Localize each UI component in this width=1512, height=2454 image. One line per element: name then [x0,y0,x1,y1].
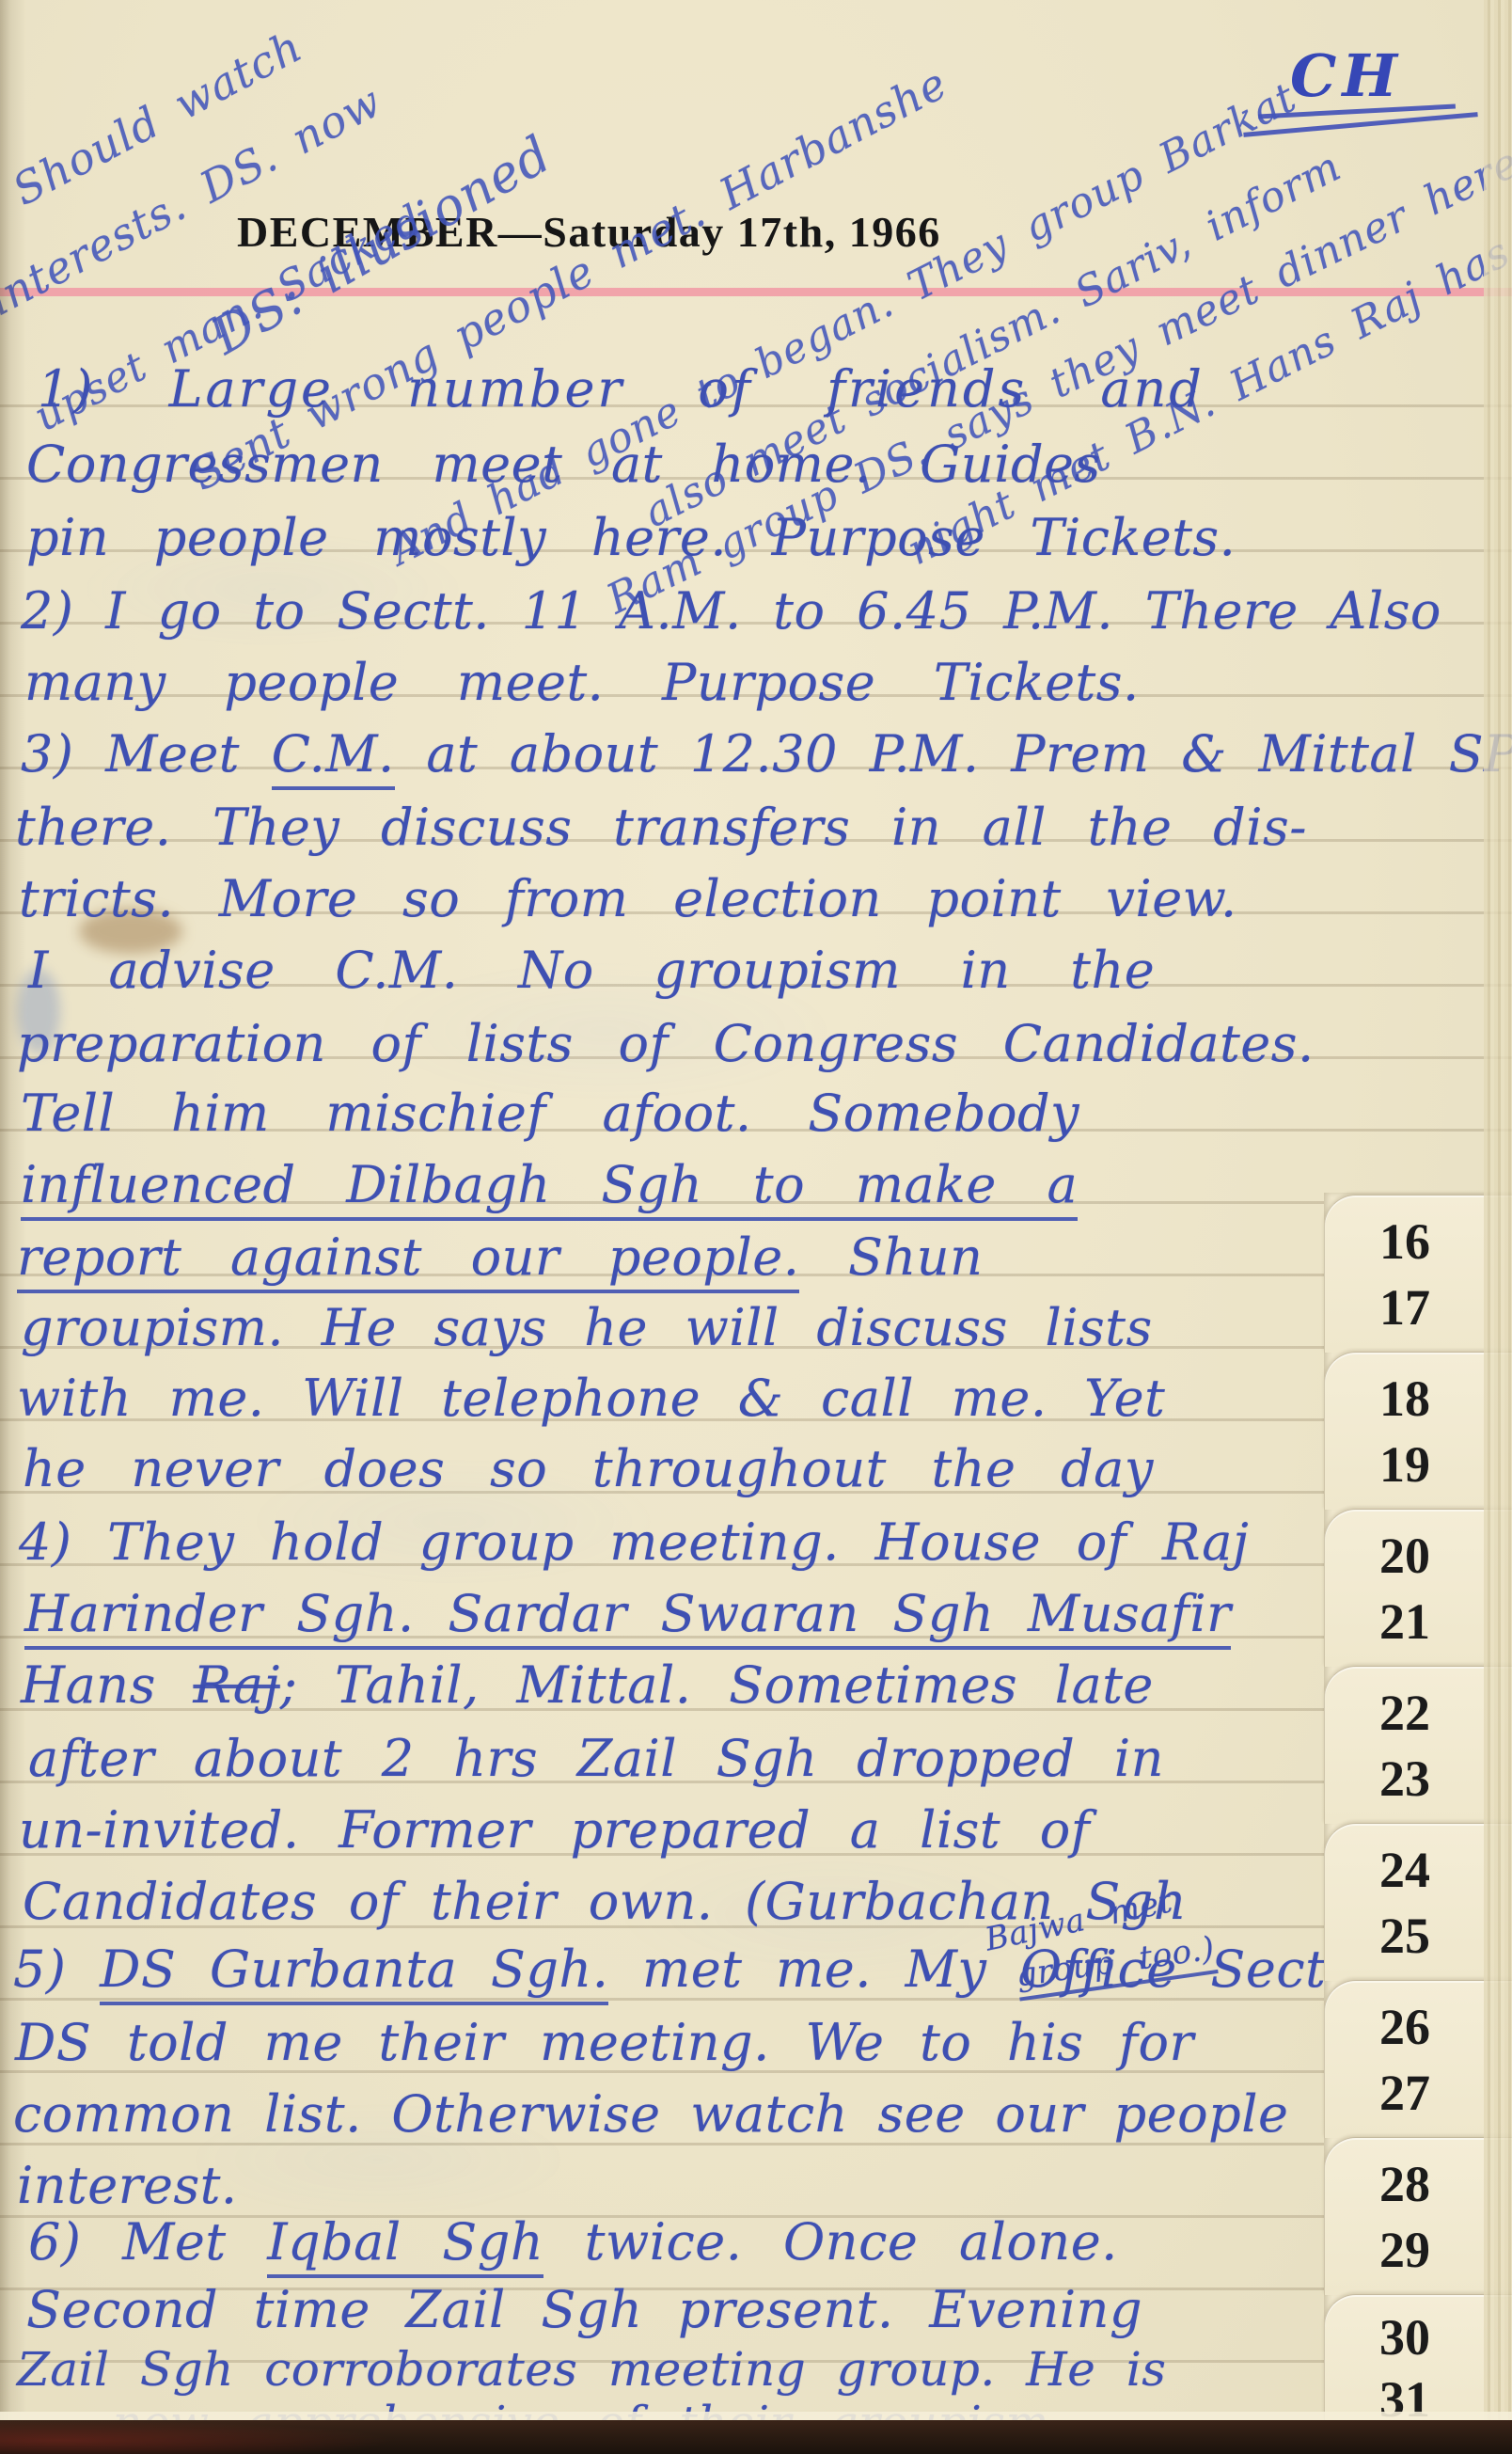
handwritten-line: Second time Zail Sgh present. Evening [26,2280,1142,2339]
handwritten-text-underlined: influenced Dilbagh Sgh to make a [21,1155,1078,1221]
tab-number: 21 [1325,1596,1485,1647]
handwritten-text: Tell him mischief afoot. Somebody [21,1084,1079,1143]
handwritten-line: DS told me their meeting. We to his for [15,2013,1194,2072]
tab-number: 19 [1325,1439,1485,1490]
handwritten-text: Zail Sgh corroborates meeting group. He … [17,2342,1166,2397]
handwritten-line: un-invited. Former prepared a list of [19,1800,1090,1860]
tab-number: 25 [1325,1910,1485,1961]
handwritten-text-underlined: report against our people. [17,1227,799,1293]
handwritten-text-struck: Raj [193,1655,279,1715]
tab-number: 16 [1325,1216,1485,1267]
handwritten-text: tricts. More so from election point view… [19,869,1237,928]
handwritten-line: 2) I go to Sectt. 11 A.M. to 6.45 P.M. T… [21,581,1441,641]
handwritten-text: 1) Large number of friends and [38,359,1205,419]
handwritten-text: 3) Meet [21,724,272,784]
handwritten-text: interest. [17,2156,238,2215]
page-edge-bottom [0,2412,1512,2420]
tab-number: 26 [1325,2002,1485,2052]
handwritten-line: 6) Met Iqbal Sgh twice. Once alone. [28,2212,1118,2272]
tab-number: 28 [1325,2159,1485,2209]
handwritten-line: I advise C.M. No groupism in the [28,941,1155,1000]
handwritten-text: I advise C.M. No groupism in the [28,941,1155,1000]
corner-mark-text: CH [1290,41,1403,110]
handwritten-line: tricts. More so from election point view… [19,869,1237,928]
handwritten-text: Congressmen meet at home. Guides [26,435,1101,494]
binding-edge-left [0,0,26,2420]
handwritten-text: met me. My Office Sectt. [608,1939,1363,1999]
handwritten-line: there. They discuss transfers in all the… [15,798,1307,857]
handwritten-line: 3) Meet C.M. at about 12.30 P.M. Prem & … [21,724,1512,784]
handwritten-line: 5) DS Gurbanta Sgh. met me. My Office Se… [13,1939,1363,1999]
handwritten-line: 1) Large number of friends and [38,359,1205,419]
handwritten-line: interest. [17,2156,238,2215]
tab-number: 27 [1325,2067,1485,2118]
handwritten-text: ; Tahil, Mittal. Sometimes late [280,1655,1154,1715]
handwritten-line: Harinder Sgh. Sardar Swaran Sgh Musafir [24,1584,1231,1643]
handwritten-text: Second time Zail Sgh present. Evening [26,2280,1142,2339]
tab-number: 22 [1325,1687,1485,1738]
handwritten-text: 2) I go to Sectt. 11 A.M. to 6.45 P.M. T… [21,581,1441,641]
handwritten-text-underlined: Harinder Sgh. Sardar Swaran Sgh Musafir [24,1584,1231,1650]
tab-number: 30 [1325,2312,1485,2363]
tab-number: 20 [1325,1530,1485,1581]
handwritten-text: un-invited. Former prepared a list of [19,1800,1090,1860]
handwritten-text: pin people mostly here. Purpose Tickets. [26,508,1236,567]
tab-number: 24 [1325,1844,1485,1895]
handwritten-text: DS told me their meeting. We to his for [15,2013,1194,2072]
diary-page-scan: { "page": { "header": "DECEMBER—Saturday… [0,0,1512,2454]
page-edge-right [1484,0,1512,2420]
handwritten-text-underlined: C.M. [272,724,395,790]
handwritten-line: Congressmen meet at home. Guides [26,435,1101,494]
handwritten-text: there. They discuss transfers in all the… [15,798,1307,857]
handwritten-text: common list. Otherwise watch see our peo… [13,2084,1288,2144]
handwritten-text: groupism. He says he will discuss lists [21,1298,1153,1357]
tab-number: 17 [1325,1282,1485,1333]
handwritten-text: he never does so throughout the day [23,1439,1154,1498]
handwritten-line: groupism. He says he will discuss lists [21,1298,1153,1357]
tab-number: 23 [1325,1753,1485,1804]
handwritten-text: twice. Once alone. [543,2212,1118,2272]
handwritten-text: after about 2 hrs Zail Sgh dropped in [28,1729,1164,1788]
handwritten-line: preparation of lists of Congress Candida… [17,1014,1315,1073]
handwritten-text: with me. Will telephone & call me. Yet [17,1369,1165,1428]
handwritten-text: Hans [21,1655,193,1715]
handwritten-text: at about 12.30 P.M. Prem & Mittal SP [395,724,1512,784]
handwritten-text: many people meet. Purpose Tickets. [24,653,1140,712]
handwritten-text-underlined: Iqbal Sgh [267,2212,543,2278]
handwritten-text: 6) Met [28,2212,267,2272]
handwritten-line: common list. Otherwise watch see our peo… [13,2084,1288,2144]
tab-number: 18 [1325,1373,1485,1424]
handwritten-line: Hans Raj; Tahil, Mittal. Sometimes late [21,1655,1154,1715]
handwritten-line: after about 2 hrs Zail Sgh dropped in [28,1729,1164,1788]
handwritten-line: 4) They hold group meeting. House of Raj [19,1512,1249,1572]
handwritten-text: 4) They hold group meeting. House of Raj [19,1512,1249,1572]
handwritten-line: pin people mostly here. Purpose Tickets. [26,508,1236,567]
handwritten-line: Zail Sgh corroborates meeting group. He … [17,2342,1166,2397]
corner-mark: CH [1290,41,1403,110]
handwritten-line: with me. Will telephone & call me. Yet [17,1369,1165,1428]
handwritten-line: influenced Dilbagh Sgh to make a [21,1155,1078,1214]
handwritten-line: many people meet. Purpose Tickets. [24,653,1140,712]
tab-number: 29 [1325,2224,1485,2275]
handwritten-text: preparation of lists of Congress Candida… [17,1014,1315,1073]
book-cover-edge [0,2420,1512,2454]
handwritten-line: Tell him mischief afoot. Somebody [21,1084,1079,1143]
handwritten-text-underlined: DS Gurbanta Sgh. [100,1939,608,2005]
handwritten-line: he never does so throughout the day [23,1439,1154,1498]
handwritten-text: Shun [799,1227,983,1287]
handwritten-line: report against our people. Shun [17,1227,983,1287]
